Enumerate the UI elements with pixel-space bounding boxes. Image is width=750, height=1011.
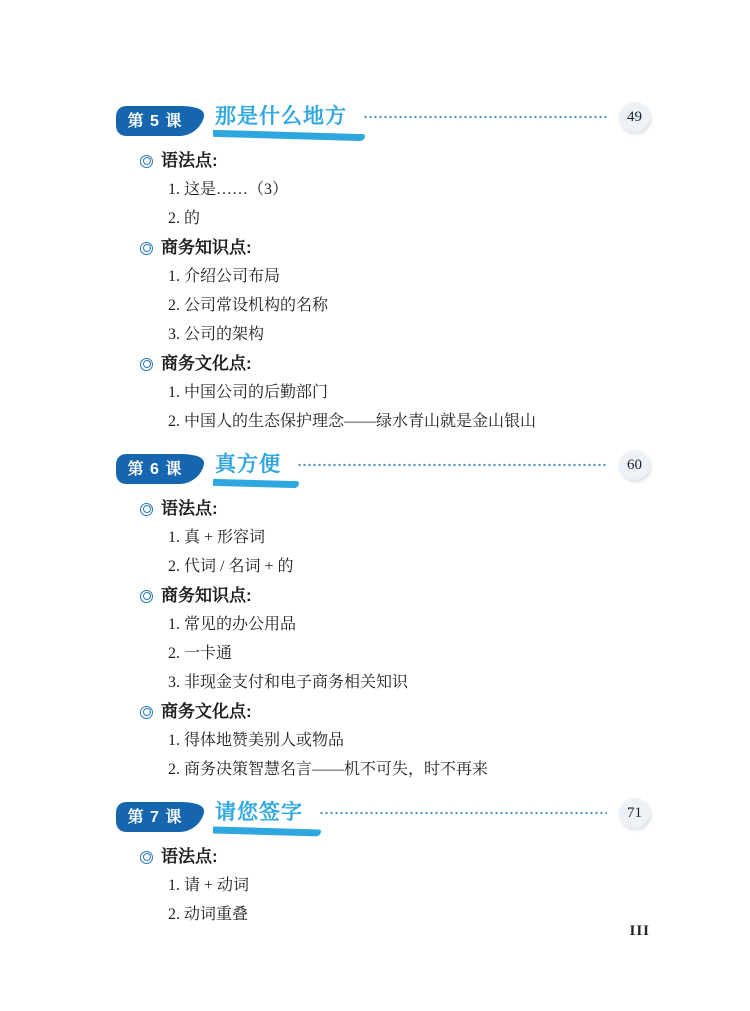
section-heading-label: 商务知识点: — [161, 239, 252, 257]
lesson-title-block: 真方便 — [213, 448, 287, 489]
lesson-title-block: 那是什么地方 — [213, 100, 353, 141]
page-number-bubble: 71 — [619, 798, 650, 828]
double-circle-bullet-icon — [140, 706, 153, 719]
lesson-body: 语法点: 1. 真 + 形容词 2. 代词 / 名词 + 的 商务知识点: 1.… — [115, 488, 650, 779]
lesson-title: 请您签字 — [215, 801, 303, 824]
lesson-body: 语法点: 1. 请 + 动词 2. 动词重叠 — [115, 836, 650, 924]
toc-item: 1. 介绍公司布局 — [168, 268, 650, 286]
section-heading-business-knowledge: 商务知识点: — [140, 239, 650, 257]
footer-page-number: III — [629, 923, 650, 940]
lesson-badge: 第 5 课 — [115, 105, 203, 136]
section-heading-business-culture: 商务文化点: — [140, 703, 650, 721]
toc-item: 1. 这是……（3） — [168, 181, 650, 199]
lesson-entry-6: 第 6 课 真方便 60 语法点: 1. 真 + 形容词 2. 代词 / 名词 … — [115, 448, 650, 779]
lesson-title: 那是什么地方 — [215, 105, 347, 128]
toc-item: 3. 非现金支付和电子商务相关知识 — [168, 674, 650, 692]
title-underline-swoosh — [213, 478, 299, 487]
section-heading-grammar: 语法点: — [140, 848, 650, 866]
toc-page: 第 5 课 那是什么地方 49 语法点: 1. 这是……（3） 2. 的 — [0, 0, 750, 1011]
lesson-header: 第 7 课 请您签字 71 — [115, 796, 650, 836]
double-circle-bullet-icon — [140, 851, 153, 864]
toc-item: 1. 中国公司的后勤部门 — [168, 384, 650, 402]
toc-item: 2. 一卡通 — [168, 645, 650, 663]
double-circle-bullet-icon — [140, 358, 153, 371]
toc-item: 1. 常见的办公用品 — [168, 616, 650, 634]
double-circle-bullet-icon — [140, 503, 153, 516]
lesson-badge: 第 7 课 — [115, 801, 203, 832]
toc-item: 2. 代词 / 名词 + 的 — [168, 558, 650, 576]
section-heading-business-knowledge: 商务知识点: — [140, 587, 650, 605]
section-heading-grammar: 语法点: — [140, 500, 650, 518]
toc-item: 3. 公司的架构 — [168, 326, 650, 344]
lesson-header: 第 6 课 真方便 60 — [115, 448, 650, 488]
lesson-title-block: 请您签字 — [213, 796, 309, 837]
toc-item: 2. 公司常设机构的名称 — [168, 297, 650, 315]
section-heading-label: 商务文化点: — [161, 703, 252, 721]
toc-item: 2. 的 — [168, 210, 650, 228]
section-heading-label: 语法点: — [161, 152, 218, 170]
toc-item: 2. 商务决策智慧名言——机不可失，时不再来 — [168, 761, 650, 779]
page-number-bubble: 49 — [619, 102, 650, 132]
section-heading-label: 商务文化点: — [161, 355, 252, 373]
lesson-body: 语法点: 1. 这是……（3） 2. 的 商务知识点: 1. 介绍公司布局 2.… — [115, 140, 650, 431]
section-heading-label: 语法点: — [161, 848, 218, 866]
toc-item: 1. 请 + 动词 — [168, 877, 650, 895]
dotted-leader-icon — [319, 811, 607, 815]
section-heading-label: 语法点: — [161, 500, 218, 518]
title-underline-swoosh — [213, 129, 365, 140]
lesson-title: 真方便 — [215, 453, 281, 476]
double-circle-bullet-icon — [140, 155, 153, 168]
double-circle-bullet-icon — [140, 590, 153, 603]
section-heading-grammar: 语法点: — [140, 152, 650, 170]
dotted-leader-icon — [363, 115, 607, 119]
title-underline-swoosh — [213, 826, 321, 836]
section-heading-label: 商务知识点: — [161, 587, 252, 605]
page-number-bubble: 60 — [619, 450, 650, 480]
toc-item: 2. 中国人的生态保护理念——绿水青山就是金山银山 — [168, 413, 650, 431]
lesson-badge-label: 第 7 课 — [115, 801, 195, 831]
dotted-leader-icon — [297, 463, 607, 467]
toc-item: 1. 得体地赞美别人或物品 — [168, 732, 650, 750]
double-circle-bullet-icon — [140, 242, 153, 255]
lesson-entry-5: 第 5 课 那是什么地方 49 语法点: 1. 这是……（3） 2. 的 — [115, 100, 650, 431]
toc-item: 1. 真 + 形容词 — [168, 529, 650, 547]
lesson-badge-label: 第 6 课 — [115, 453, 195, 483]
lesson-badge: 第 6 课 — [115, 453, 203, 484]
toc-content: 第 5 课 那是什么地方 49 语法点: 1. 这是……（3） 2. 的 — [115, 100, 650, 941]
lesson-entry-7: 第 7 课 请您签字 71 语法点: 1. 请 + 动词 2. 动词重叠 — [115, 796, 650, 924]
lesson-header: 第 5 课 那是什么地方 49 — [115, 100, 650, 140]
lesson-badge-label: 第 5 课 — [115, 105, 195, 135]
toc-item: 2. 动词重叠 — [168, 906, 650, 924]
section-heading-business-culture: 商务文化点: — [140, 355, 650, 373]
